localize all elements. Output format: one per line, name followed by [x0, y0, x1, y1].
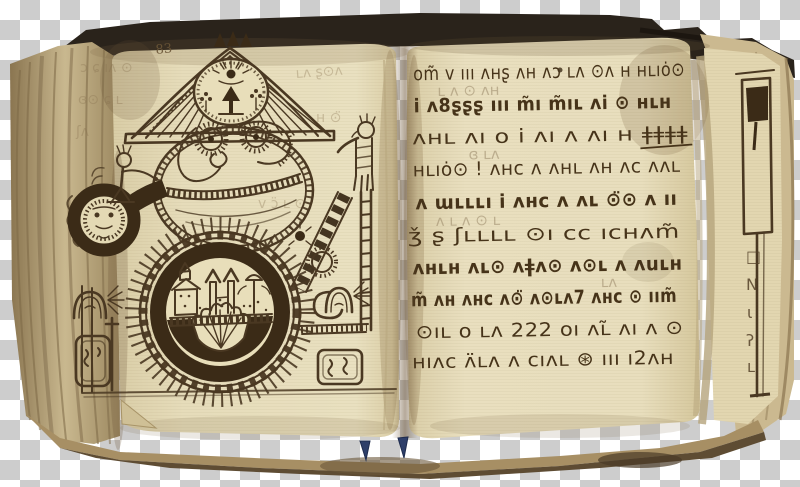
bleed-line: ʜ ⊙̈: [316, 110, 341, 126]
faint-bleed-line: ʟ ʌ ⊙ ʌʜ: [437, 81, 499, 100]
script-line: ʜʟıȯ⊙ ! ʌʜc ʌ ʌʜʟ ʌʜ ʌc ʌʌʟ: [413, 155, 681, 182]
transparent-checkerboard-background: □ N ɩ ʔ ʟ 83: [0, 0, 800, 487]
side-glyph: ʟ: [747, 357, 755, 376]
gutter-shadow: [392, 46, 418, 438]
bleed-line: ɞ⊙ ɕ ʟ: [78, 92, 123, 108]
side-glyph: N: [746, 275, 758, 294]
script-line: m̃ ʌʜ ʌʜc ʌ⊙̈ ʌ⊙ʟʌ7 ʌʜc ⊙ ıım̃: [411, 285, 677, 312]
script-line: ʌʜʟʜ ʌʟ⊙ ʌǂʌ⊙ ʌ⊙ʟ ʌ ʌuʟʜ: [412, 253, 682, 280]
blue-bookmark-marks: [360, 437, 408, 460]
faint-bleed-line: ɞ ʟʌ: [468, 145, 500, 164]
side-glyph: ʔ: [746, 331, 754, 350]
bleed-line: ɔ ɕ ıʌ ⊙: [80, 60, 133, 76]
faint-bleed-line: ʌ ʟ ʌ ⊙ ʟ: [435, 211, 500, 230]
script-line: ⊙ıʟ o ʟʌ 222 oı ʌʟ̃ ʌı ʌ ⊙: [415, 317, 683, 344]
bleed-line: ʃʌ: [75, 124, 89, 140]
right-page: om̃ v ııı ʌʜʂ ʌʜ ʌɔ ʟʌ ⊙ʌ ʜ ʜʟıȯ⊙ i ʌ8ʂʂ…: [404, 36, 710, 438]
script-line: ʜıʌc ʌ̈ʟʌ ʌ cıʌʟ ⊛ ııı ı2ʌʜ: [412, 347, 674, 374]
left-page: 83 ɔ ɕ ıʌ ⊙ ɞ⊙ ɕ ʟ ʃʌ ʟʌ ʂ⊙ʌ ʜ ⊙̈ v ɔ̈ ʟ…: [67, 31, 410, 450]
side-glyph: □: [746, 247, 761, 266]
underlying-right-leaf: □ N ɩ ʔ ʟ: [700, 48, 782, 424]
codex-photo: □ N ɩ ʔ ʟ 83: [0, 0, 800, 487]
bleed-line: ʟʌ ʂ⊙ʌ: [295, 63, 343, 82]
folio-number: 83: [155, 41, 173, 58]
side-glyph: ɩ: [747, 303, 752, 322]
script-line: ʌ ɯʟʟʟı i ʌʜc ʌ ʌʟ ⊙̈⊙ ʌ ıı: [415, 188, 677, 215]
bleed-line: v ɔ̈ ʟ ⊙: [258, 196, 306, 212]
faint-bleed-line: ʟʌ: [601, 273, 618, 291]
